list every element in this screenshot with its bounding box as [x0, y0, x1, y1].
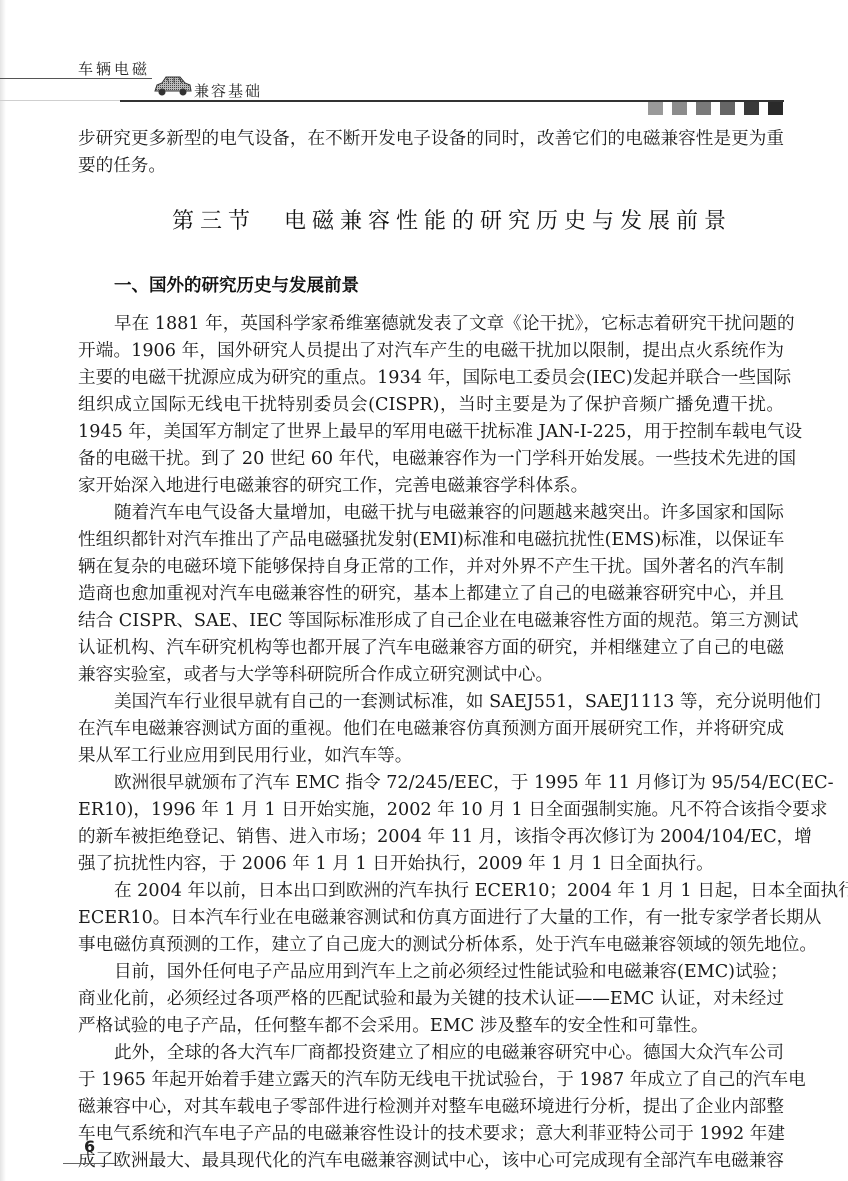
text-line: 车电气系统和汽车电子产品的电磁兼容性设计的技术要求；意大利菲亚特公司于 1992… [78, 1121, 784, 1148]
section-title: 第三节 电磁兼容性能的研究历史与发展前景 [172, 204, 732, 235]
header-decoration-squares [648, 102, 783, 115]
text-line: 步研究更多新型的电气设备，在不断开发电子设备的同时，改善它们的电磁兼容性是更为重 [78, 126, 784, 153]
subsection-title: 一、国外的研究历史与发展前景 [114, 272, 359, 297]
text-line: 早在 1881 年，英国科学家希维塞德就发表了文章《论干扰》，它标志着研究干扰问… [78, 311, 784, 338]
body-text: 早在 1881 年，英国科学家希维塞德就发表了文章《论干扰》，它标志着研究干扰问… [78, 311, 784, 1175]
text-line: 成了欧洲最大、最具现代化的汽车电磁兼容测试中心，该中心可完成现有全部汽车电磁兼容 [78, 1148, 784, 1175]
text-line: 性组织都针对汽车推出了产品电磁骚扰发射(EMI)标准和电磁抗扰性(EMS)标准，… [78, 527, 784, 554]
text-line: 在汽车电磁兼容测试方面的重视。他们在电磁兼容仿真预测方面开展研究工作，并将研究成 [78, 716, 784, 743]
text-line: 果从军工行业应用到民用行业，如汽车等。 [78, 743, 784, 770]
text-line: 家开始深入地进行电磁兼容的研究工作，完善电磁兼容学科体系。 [78, 473, 784, 500]
text-line: 认证机构、汽车研究机构等也都开展了汽车电磁兼容方面的研究，并相继建立了自己的电磁 [78, 635, 784, 662]
intro-paragraph: 步研究更多新型的电气设备，在不断开发电子设备的同时，改善它们的电磁兼容性是更为重… [78, 126, 784, 180]
text-line: 造商也愈加重视对汽车电磁兼容性的研究，基本上都建立了自己的电磁兼容研究中心，并且 [78, 581, 784, 608]
text-line: 磁兼容中心，对其车载电子零部件进行检测并对整车电磁环境进行分析，提出了企业内部整 [78, 1094, 784, 1121]
text-line: 要的任务。 [78, 153, 784, 180]
header-title-line2: 兼容基础 [194, 80, 262, 101]
header-rule-faint [0, 100, 120, 101]
text-line: 随着汽车电气设备大量增加，电磁干扰与电磁兼容的问题越来越突出。许多国家和国际 [78, 500, 784, 527]
paragraph: 早在 1881 年，英国科学家希维塞德就发表了文章《论干扰》，它标志着研究干扰问… [78, 311, 784, 500]
paragraph: 随着汽车电气设备大量增加，电磁干扰与电磁兼容的问题越来越突出。许多国家和国际 性… [78, 500, 784, 689]
decoration-square [744, 102, 759, 115]
header-title-line1: 车辆电磁 [78, 58, 150, 79]
text-line: 目前，国外任何电子产品应用到汽车上之前必须经过性能试验和电磁兼容(EMC)试验； [78, 959, 784, 986]
text-line: 的新车被拒绝登记、销售、进入市场；2004 年 11 月，该指令再次修订为 20… [78, 824, 784, 851]
text-line: 在 2004 年以前，日本出口到欧洲的汽车执行 ECER10；2004 年 1 … [78, 878, 784, 905]
decoration-square [696, 102, 711, 115]
text-line: 严格试验的电子产品，任何整车都不会采用。EMC 涉及整车的安全性和可靠性。 [78, 1013, 784, 1040]
paragraph: 美国汽车行业很早就有自己的一套测试标准，如 SAEJ551，SAEJ1113 等… [78, 689, 784, 770]
paragraph: 欧洲很早就颁布了汽车 EMC 指令 72/245/EEC，于 1995 年 11… [78, 770, 784, 878]
text-line: 开端。1906 年，国外研究人员提出了对汽车产生的电磁干扰加以限制，提出点火系统… [78, 338, 784, 365]
text-line: 美国汽车行业很早就有自己的一套测试标准，如 SAEJ551，SAEJ1113 等… [78, 689, 784, 716]
decoration-square [672, 102, 687, 115]
text-line: 主要的电磁干扰源应成为研究的重点。1934 年，国际电工委员会(IEC)发起并联… [78, 365, 784, 392]
text-line: ECER10。日本汽车行业在电磁兼容测试和仿真方面进行了大量的工作，有一批专家学… [78, 905, 784, 932]
decoration-square [720, 102, 735, 115]
text-line: 商业化前，必须经过各项严格的匹配试验和最为关键的技术认证——EMC 认证，对未经… [78, 986, 784, 1013]
text-line: 备的电磁干扰。到了 20 世纪 60 年代，电磁兼容作为一门学科开始发展。一些技… [78, 446, 784, 473]
text-line: 欧洲很早就颁布了汽车 EMC 指令 72/245/EEC，于 1995 年 11… [78, 770, 784, 797]
text-line: 于 1965 年起开始着手建立露天的汽车防无线电干扰试验台，于 1987 年成立… [78, 1067, 784, 1094]
paragraph: 此外，全球的各大汽车厂商都投资建立了相应的电磁兼容研究中心。德国大众汽车公司 于… [78, 1040, 784, 1175]
page-edge-shadow [0, 0, 6, 1181]
text-line: 辆在复杂的电磁环境下能够保持自身正常的工作，并对外界不产生干扰。国外著名的汽车制 [78, 554, 784, 581]
text-line: 结合 CISPR、SAE、IEC 等国际标准形成了自己企业在电磁兼容性方面的规范… [78, 608, 784, 635]
decoration-square [768, 102, 783, 115]
text-line: 此外，全球的各大汽车厂商都投资建立了相应的电磁兼容研究中心。德国大众汽车公司 [78, 1040, 784, 1067]
decoration-square [648, 102, 663, 115]
text-line: ER10)，1996 年 1 月 1 日开始实施，2002 年 10 月 1 日… [78, 797, 784, 824]
header-rule-short [0, 78, 152, 79]
text-line: 1945 年，美国军方制定了世界上最早的军用电磁干扰标准 JAN-I-225，用… [78, 419, 784, 446]
text-line: 强了抗扰性内容，于 2006 年 1 月 1 日开始执行，2009 年 1 月 … [78, 851, 784, 878]
footer-rule [63, 1163, 115, 1164]
paragraph: 在 2004 年以前，日本出口到欧洲的汽车执行 ECER10；2004 年 1 … [78, 878, 784, 959]
paragraph: 目前，国外任何电子产品应用到汽车上之前必须经过性能试验和电磁兼容(EMC)试验；… [78, 959, 784, 1040]
text-line: 兼容实验室，或者与大学等科研院所合作成立研究测试中心。 [78, 662, 784, 689]
text-line: 组织成立国际无线电干扰特别委员会(CISPR)，当时主要是为了保护音频广播免遭干… [78, 392, 784, 419]
car-icon [152, 73, 192, 99]
page-number: 6 [84, 1137, 95, 1156]
text-line: 事电磁仿真预测的工作，建立了自己庞大的测试分析体系，处于汽车电磁兼容领域的领先地… [78, 932, 784, 959]
